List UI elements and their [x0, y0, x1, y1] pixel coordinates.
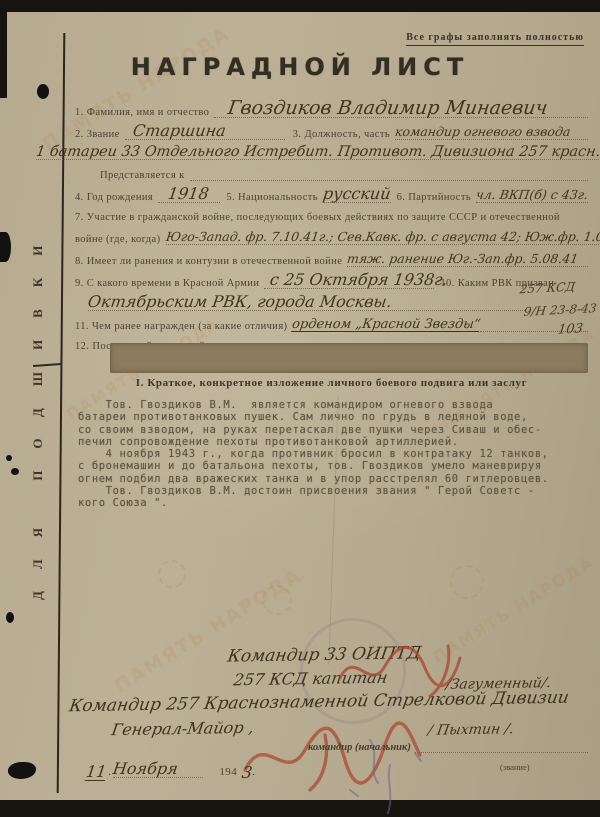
post-label: командир (начальник) [308, 742, 415, 753]
rvk-value: Октябрьским РВК, города Москвы. [87, 294, 393, 310]
field-row-9-10: 9. С какого времени в Красной Армии с 25… [75, 267, 588, 289]
field-label: 9. С какого времени в Красной Армии [75, 278, 264, 289]
watermark-emblem [450, 565, 484, 599]
spine-label: ДЛЯ ПОДШИВКИ [30, 200, 46, 600]
award-sheet-document: ПАМЯТЬ НАРОДА ПАМЯТЬ НАРОДА ПАМЯТЬ НАРОД… [0, 0, 600, 817]
date-month: Ноября [112, 761, 179, 777]
scan-edge-bottom [0, 800, 600, 817]
field-row-7b: войне (где, когда) Юго-Запад. фр. 7.10.4… [75, 223, 588, 245]
fill-all-fields-notice: Все графы заполнять полностью [406, 32, 584, 46]
scan-edge-left [0, 0, 7, 98]
feat-section-heading: I. Краткое, конкретное изложение личного… [75, 377, 588, 389]
field-label: войне (где, когда) [75, 234, 166, 245]
ink-blot [0, 232, 11, 262]
feat-line: огнем подбил два вражеских танка и в упо… [78, 473, 588, 485]
field-row-8: 8. Имеет ли ранения и контузии в отечест… [75, 245, 588, 267]
field-row-456: 4. Год рождения 1918 5. Национальность р… [75, 181, 588, 203]
feat-text-block: Тов. Гвоздиков В.М. является командиром … [78, 399, 588, 510]
party-value: чл. ВКП(б) с 43г. [475, 189, 589, 202]
hole-punch [37, 84, 49, 99]
margin-note-page: 103 [557, 321, 584, 337]
field-row-rank-position: 2. Звание Старшина 3. Должность, часть к… [75, 118, 588, 140]
field-label: 7. Участие в гражданской войне, последую… [75, 212, 565, 223]
feat-line: Тов. Гвоздиков В.М. является командиром … [78, 399, 588, 411]
army-since-value: с 25 Октября 1938г. [263, 272, 449, 288]
field-row-11: 11. Чем ранее награжден (за какие отличи… [75, 310, 588, 332]
feat-line: печил сопровождение пехоты противотанков… [78, 436, 588, 448]
nationality-value: русский [322, 186, 392, 202]
birth-year-value: 1918 [157, 186, 210, 202]
scan-edge-top [0, 0, 600, 12]
red-signature-captain [330, 638, 490, 700]
ink-speck [6, 612, 14, 623]
position-value: командир огневого взвода [394, 126, 571, 139]
feat-line: с бронемашин и до батальона пехоты, тов.… [78, 460, 588, 472]
position-value-2: 1 батареи 33 Отдельного Истребит. Против… [35, 145, 600, 160]
margin-note-ksd: 257 КСД [519, 280, 576, 297]
field-row-7a: 7. Участие в гражданской войне, последую… [75, 203, 588, 223]
feat-line: со своим взводом, на руках перетаскал дв… [78, 424, 588, 436]
document-title: НАГРАДНОЙ ЛИСТ [0, 53, 600, 81]
year-printed: 194 [203, 766, 242, 778]
war-participation-value: Юго-Запад. фр. 7.10.41г.; Сев.Кавк. фр. … [165, 231, 600, 244]
watermark-emblem [158, 560, 186, 588]
rank-caption: (звание) [500, 762, 530, 772]
field-row-10: Октябрьским РВК, города Москвы. [88, 289, 525, 311]
ink-speck [6, 455, 12, 461]
field-row-predstav: Представляется к [100, 160, 588, 181]
watermark-emblem [262, 585, 292, 615]
feat-line: батареи противотанковых пушек. Сам лично… [78, 411, 588, 423]
field-label: 1. Фамилия, имя и отчество [75, 107, 214, 118]
field-label: 5. Национальность [220, 192, 323, 203]
rank-value: Старшина [124, 123, 227, 139]
feat-line: кого Союза ". [78, 497, 588, 509]
field-label: 6. Партийность [391, 192, 476, 203]
feat-line: Тов. Гвоздиков В.М. достоин присвоения з… [78, 485, 588, 497]
feat-line: 4 ноября 1943 г., когда противник бросил… [78, 448, 588, 460]
footer-post: командир (начальник) [308, 742, 588, 753]
field-label: 8. Имеет ли ранения и контузии в отечест… [75, 256, 347, 267]
prev-award-value: орденом „Красной Звезды“ [291, 318, 481, 332]
wounds-value: тяж. ранение Юг.-Зап.фр. 5.08.41 [346, 253, 579, 266]
field-label: Представляется к [100, 170, 190, 181]
ink-speck [11, 468, 19, 475]
field-label: 4. Год рождения [75, 192, 158, 203]
ink-blot [8, 762, 36, 779]
name-value: Гвоздиков Владимир Минаевич [213, 99, 549, 118]
footer-date: 11 . Ноября 194 3 . [86, 756, 300, 778]
field-row-name: 1. Фамилия, имя и отчество Гвоздиков Вла… [75, 94, 588, 118]
field-row-position-cont: 1 батареи 33 Отдельного Истребит. Против… [36, 138, 588, 160]
redaction-bar [110, 343, 588, 373]
date-day: 11 [85, 764, 108, 781]
